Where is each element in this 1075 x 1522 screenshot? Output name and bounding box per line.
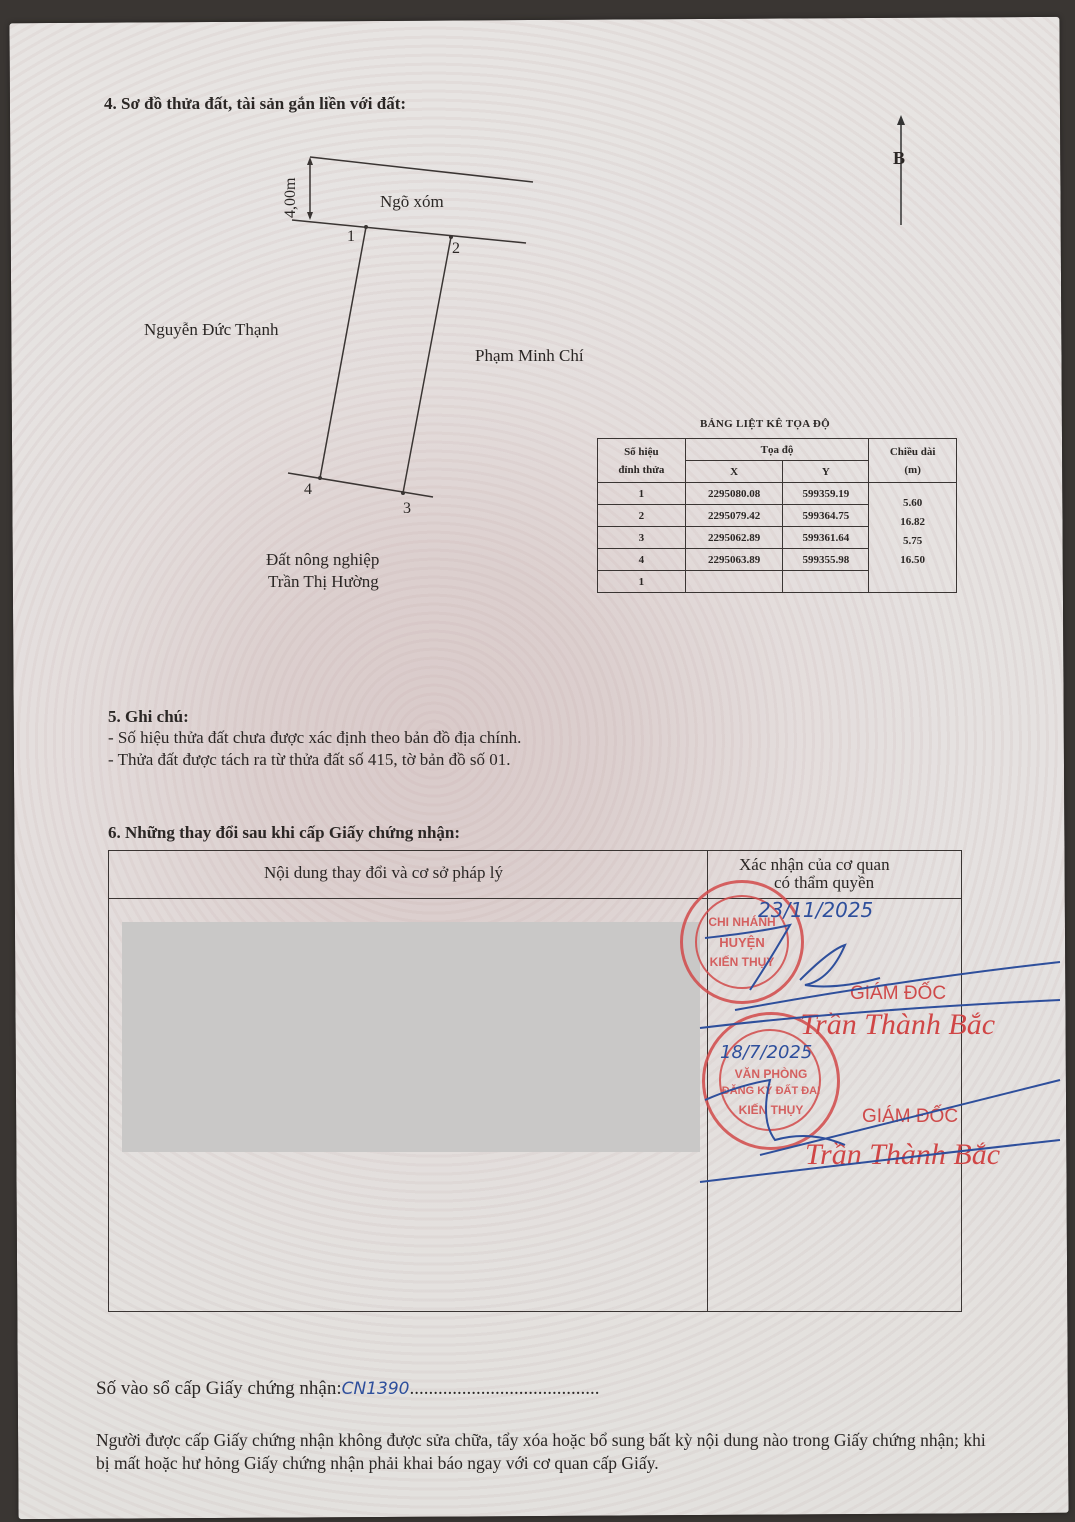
registry-value: CN1390	[342, 1379, 410, 1399]
warning-text: Người được cấp Giấy chứng nhận không đượ…	[96, 1429, 986, 1475]
handwritten-signatures	[0, 0, 1075, 1522]
registry-label: Số vào sổ cấp Giấy chứng nhận:	[96, 1378, 342, 1399]
registry-line: Số vào sổ cấp Giấy chứng nhận:CN1390....…	[96, 1378, 600, 1400]
registry-dots: ........................................	[410, 1378, 600, 1399]
